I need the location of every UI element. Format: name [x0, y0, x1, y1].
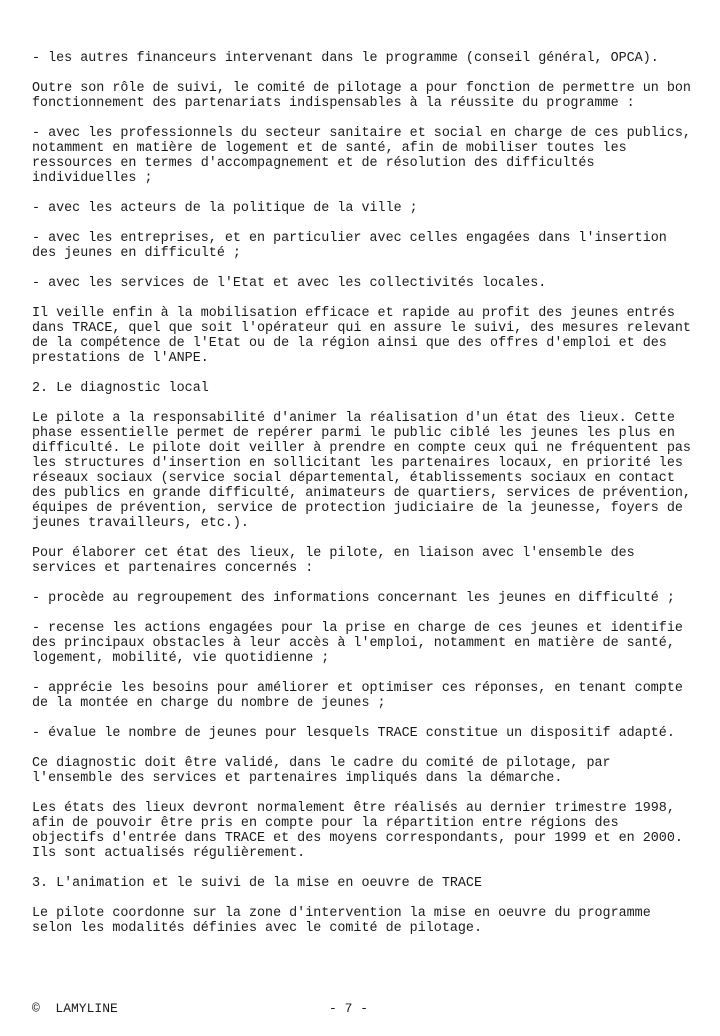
text-line: selon les modalités définies avec le com… [32, 921, 482, 936]
text-line: difficulté. Le pilote doit veiller à pre… [32, 441, 691, 456]
text-line: - recense les actions engagées pour la p… [32, 621, 683, 636]
bullet-regroupement: - procède au regroupement des informatio… [32, 591, 712, 606]
text-line: Outre son rôle de suivi, le comité de pi… [32, 81, 691, 96]
text-line: Les états des lieux devront normalement … [32, 801, 675, 816]
page-number: - 7 - [329, 1001, 368, 1017]
text-line: - avec les entreprises, et en particulie… [32, 231, 667, 246]
text-line: - procède au regroupement des informatio… [32, 591, 675, 606]
text-line: de la montée en charge du nombre de jeun… [32, 696, 386, 711]
bullet-services-etat: - avec les services de l'Etat et avec le… [32, 276, 712, 291]
text-line: les structures d'insertion en sollicitan… [32, 456, 683, 471]
bullet-recense: - recense les actions engagées pour la p… [32, 621, 712, 666]
paragraph-coordonne: Le pilote coordonne sur la zone d'interv… [32, 906, 712, 936]
text-line: Il veille enfin à la mobilisation effica… [32, 306, 675, 321]
bullet-evalue: - évalue le nombre de jeunes pour lesque… [32, 726, 712, 741]
text-line: des jeunes en difficulté ; [32, 246, 241, 261]
text-line: - avec les services de l'Etat et avec le… [32, 276, 546, 291]
text-line: - avec les acteurs de la politique de la… [32, 201, 418, 216]
document-page: - les autres financeurs intervenant dans… [32, 51, 712, 951]
text-line: individuelles ; [32, 171, 153, 186]
paragraph-mobilisation: Il veille enfin à la mobilisation effica… [32, 306, 712, 366]
heading-text: 3. L'animation et le suivi de la mise en… [32, 876, 482, 891]
text-line: des publics en grande difficulté, animat… [32, 486, 691, 501]
text-line: logement, mobilité, vie quotidienne ; [32, 651, 329, 666]
text-line: - apprécie les besoins pour améliorer et… [32, 681, 683, 696]
section-heading-diagnostic: 2. Le diagnostic local [32, 381, 712, 396]
section-heading-animation: 3. L'animation et le suivi de la mise en… [32, 876, 712, 891]
paragraph-etats-lieux: Les états des lieux devront normalement … [32, 801, 712, 861]
text-line: équipes de prévention, service de protec… [32, 501, 683, 516]
bullet-apprecie: - apprécie les besoins pour améliorer et… [32, 681, 712, 711]
text-line: services et partenaires concernés : [32, 561, 313, 576]
heading-text: 2. Le diagnostic local [32, 381, 209, 396]
copyright-notice: © LAMYLINE [32, 1001, 118, 1017]
bullet-entreprises: - avec les entreprises, et en particulie… [32, 231, 712, 261]
bullet-politique-ville: - avec les acteurs de la politique de la… [32, 201, 712, 216]
text-line: Le pilote a la responsabilité d'animer l… [32, 411, 675, 426]
text-line: Le pilote coordonne sur la zone d'interv… [32, 906, 651, 921]
text-line: phase essentielle permet de repérer parm… [32, 426, 675, 441]
paragraph-elaborer: Pour élaborer cet état des lieux, le pil… [32, 546, 712, 576]
text-line: prestations de l'ANPE. [32, 351, 209, 366]
text-line: Ils sont actualisés régulièrement. [32, 846, 305, 861]
paragraph-role-comite: Outre son rôle de suivi, le comité de pi… [32, 81, 712, 111]
text-line: - les autres financeurs intervenant dans… [32, 51, 659, 66]
text-line: l'ensemble des services et partenaires i… [32, 771, 562, 786]
text-line: Pour élaborer cet état des lieux, le pil… [32, 546, 635, 561]
text-line: dans TRACE, quel que soit l'opérateur qu… [32, 321, 691, 336]
text-line: Ce diagnostic doit être validé, dans le … [32, 756, 611, 771]
text-line: de la compétence de l'Etat ou de la régi… [32, 336, 667, 351]
text-line: des principaux obstacles à leur accès à … [32, 636, 675, 651]
paragraph-pilote-responsabilite: Le pilote a la responsabilité d'animer l… [32, 411, 712, 531]
bullet-professionnels: - avec les professionnels du secteur san… [32, 126, 712, 186]
text-line: - avec les professionnels du secteur san… [32, 126, 691, 141]
text-line: réseaux sociaux (service social départem… [32, 471, 675, 486]
page-footer: © LAMYLINE - 7 - [32, 1001, 712, 1017]
paragraph-validation: Ce diagnostic doit être validé, dans le … [32, 756, 712, 786]
text-line: fonctionnement des partenariats indispen… [32, 96, 635, 111]
text-line: afin de pouvoir être pris en compte pour… [32, 816, 619, 831]
text-line: ressources en termes d'accompagnement et… [32, 156, 595, 171]
text-line: - évalue le nombre de jeunes pour lesque… [32, 726, 675, 741]
text-line: jeunes travailleurs, etc.). [32, 516, 249, 531]
text-line: notamment en matière de logement et de s… [32, 141, 627, 156]
text-line: objectifs d'entrée dans TRACE et des moy… [32, 831, 683, 846]
bullet-financeurs: - les autres financeurs intervenant dans… [32, 51, 712, 66]
